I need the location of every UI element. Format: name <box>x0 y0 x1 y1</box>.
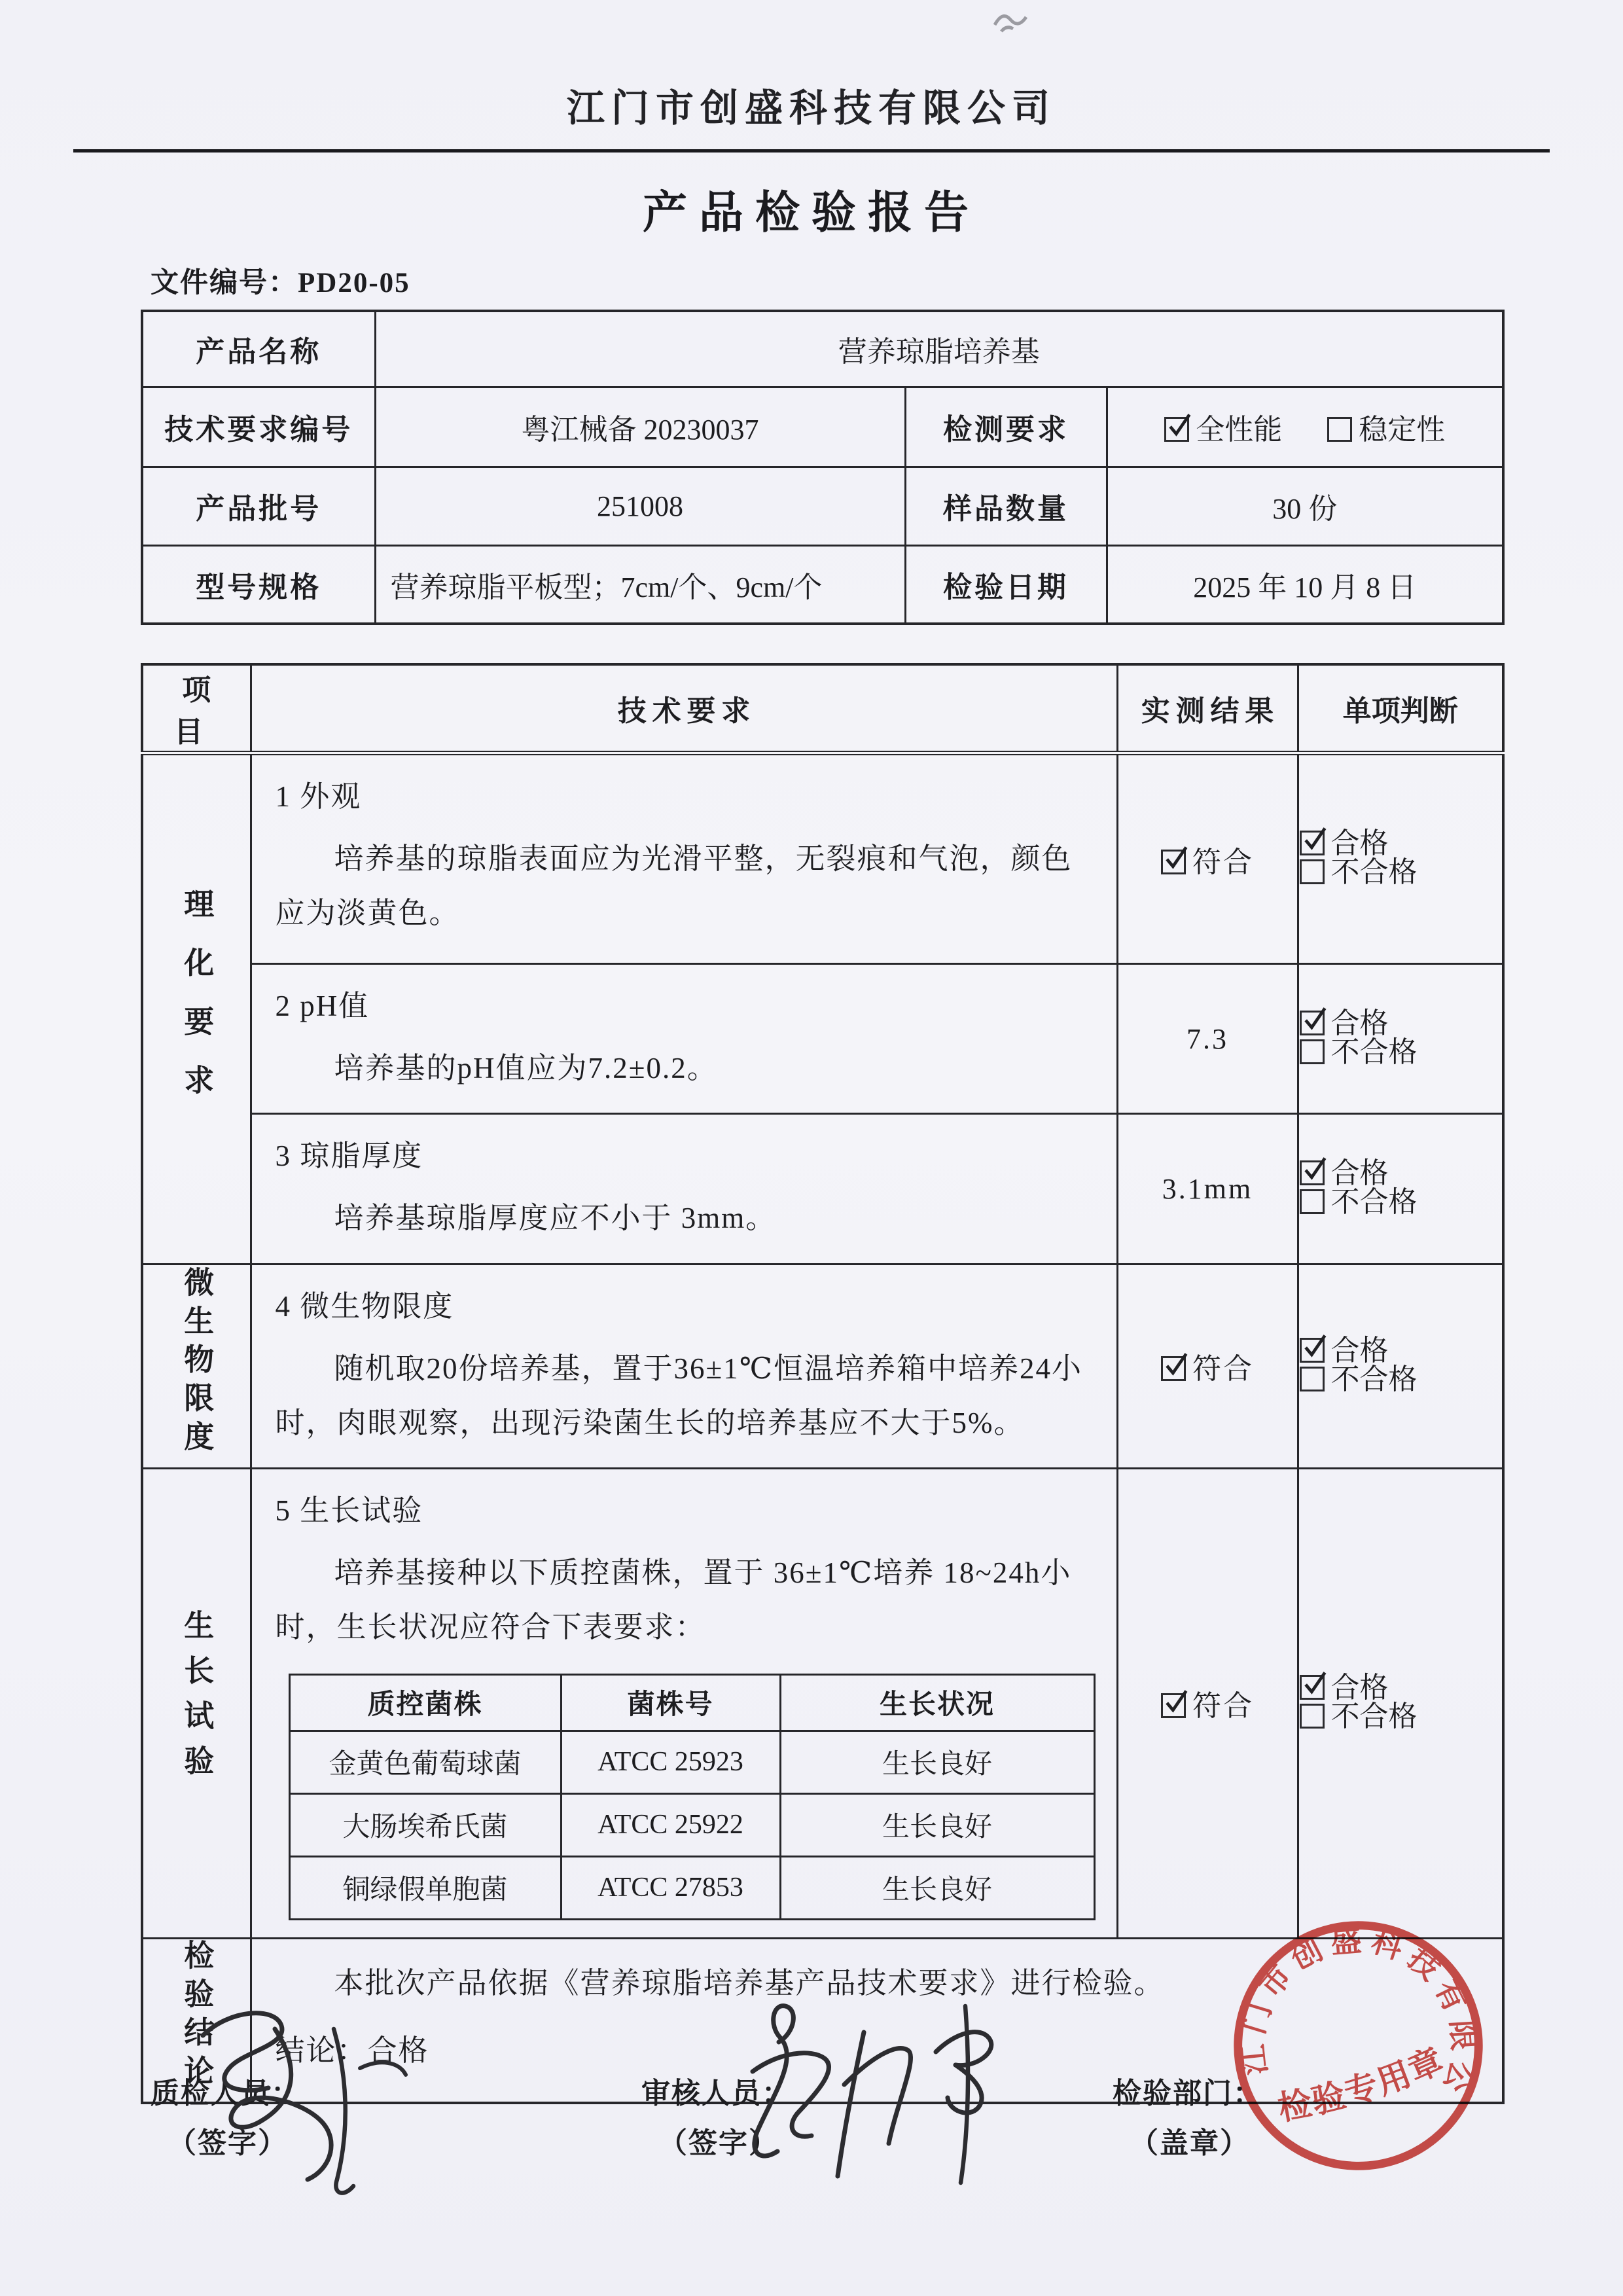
judge-fail-label: 不合格 <box>1331 1363 1418 1395</box>
result-label: 符合 <box>1192 1353 1254 1385</box>
judgement-microbial: 合格 不合格 <box>1298 1264 1503 1469</box>
table-header-row: 质控菌株 菌株号 生长状况 <box>289 1674 1094 1731</box>
checked-checkbox-icon <box>1300 1675 1325 1700</box>
judge-pass-label: 合格 <box>1331 1672 1389 1704</box>
group-physchem: 理化要求 <box>142 753 251 1265</box>
option-label: 稳定性 <box>1359 414 1445 446</box>
judge-fail-label: 不合格 <box>1331 1036 1418 1068</box>
judgement-thickness: 合格 不合格 <box>1298 1114 1503 1264</box>
unchecked-checkbox-icon <box>1300 1367 1325 1391</box>
table-row: 铜绿假单胞菌 ATCC 27853 生长良好 <box>289 1856 1094 1919</box>
strain-number: ATCC 27853 <box>561 1856 780 1919</box>
requirement-body: 培养基的pH值应为7.2±0.2。 <box>276 1041 1093 1096</box>
table-row: 金黄色葡萄球菌 ATCC 25923 生长良好 <box>289 1731 1094 1793</box>
checked-checkbox-icon <box>1300 1338 1325 1363</box>
result-growth: 符合 <box>1117 1469 1298 1939</box>
result-label: 符合 <box>1192 1690 1254 1722</box>
growth-status: 生长良好 <box>780 1793 1094 1856</box>
result-appearance: 符合 <box>1117 753 1298 964</box>
sample-qty-label: 样品数量 <box>905 467 1107 545</box>
requirement-title: 2 pH值 <box>276 982 1093 1024</box>
table-row-microbial: 微生物限度 4 微生物限度 随机取20份培养基，置于36±1℃恒温培养箱中培养2… <box>142 1264 1503 1469</box>
test-req-options: 全性能 稳定性 <box>1107 387 1503 467</box>
strain-number: ATCC 25922 <box>561 1793 780 1856</box>
date-value: 2025 年 10 月 8 日 <box>1107 545 1503 624</box>
product-name-value: 营养琼脂培养基 <box>375 311 1503 387</box>
inspection-table: 项目 技术要求 实测结果 单项判断 理化要求 1 外观 培养基的琼脂表面应为光滑… <box>141 663 1505 2104</box>
unchecked-checkbox-icon <box>1300 1704 1325 1729</box>
group-label: 生长试验 <box>181 1609 211 1790</box>
checked-checkbox-icon <box>1300 1160 1325 1185</box>
group-growth: 生长试验 <box>142 1469 251 1939</box>
strain-no-col-header: 菌株号 <box>561 1674 780 1731</box>
reviewer-sign-hint: （签字） <box>658 2119 779 2161</box>
requirement-body: 培养基的琼脂表面应为光滑平整，无裂痕和气泡，颜色应为淡黄色。 <box>276 832 1093 941</box>
table-row: 产品名称 营养琼脂培养基 <box>142 311 1503 387</box>
requirement-body: 培养基接种以下质控菌株，置于 36±1℃培养 18~24h小时，生长状况应符合下… <box>276 1546 1093 1655</box>
tech-req-no-value: 粤江械备 20230037 <box>375 387 905 467</box>
table-row-appearance: 理化要求 1 外观 培养基的琼脂表面应为光滑平整，无裂痕和气泡，颜色应为淡黄色。… <box>142 753 1503 964</box>
table-row: 大肠埃希氏菌 ATCC 25922 生长良好 <box>289 1793 1094 1856</box>
report-page: 江门市创盛科技有限公司 产品检验报告 文件编号：PD20-05 产品名称 营养琼… <box>0 0 1623 2296</box>
option-stability: 稳定性 <box>1327 414 1445 446</box>
requirement-title: 1 外观 <box>276 772 1093 815</box>
judge-fail-label: 不合格 <box>1331 1186 1418 1218</box>
growth-status: 生长良好 <box>780 1731 1094 1793</box>
judge-pass-label: 合格 <box>1331 1157 1389 1189</box>
product-info-table: 产品名称 营养琼脂培养基 技术要求编号 粤江械备 20230037 检测要求 全… <box>141 310 1505 625</box>
checked-checkbox-icon <box>1161 850 1186 874</box>
date-label: 检验日期 <box>905 545 1107 624</box>
sample-qty-value: 30 份 <box>1107 467 1503 545</box>
checked-checkbox-icon <box>1161 1356 1186 1381</box>
requirement-ph: 2 pH值 培养基的pH值应为7.2±0.2。 <box>251 964 1117 1114</box>
checked-checkbox-icon <box>1161 1693 1186 1718</box>
checked-checkbox-icon <box>1164 417 1189 442</box>
requirement-body: 随机取20份培养基，置于36±1℃恒温培养箱中培养24小时，肉眼观察，出现污染菌… <box>276 1342 1093 1451</box>
growth-status: 生长良好 <box>780 1856 1094 1919</box>
strain-number: ATCC 25923 <box>561 1731 780 1793</box>
option-label: 全性能 <box>1196 414 1282 446</box>
unchecked-checkbox-icon <box>1300 1189 1325 1214</box>
group-micro: 微生物限度 <box>142 1264 251 1469</box>
table-header-row: 项目 技术要求 实测结果 单项判断 <box>142 664 1503 753</box>
group-label: 理化要求 <box>181 888 211 1123</box>
header-divider <box>73 149 1550 152</box>
batch-value: 251008 <box>375 467 905 545</box>
company-name: 江门市创盛科技有限公司 <box>73 77 1550 132</box>
unchecked-checkbox-icon <box>1300 1039 1325 1064</box>
judge-pass-label: 合格 <box>1331 827 1389 859</box>
svg-text:检验专用章: 检验专用章 <box>1274 2036 1452 2134</box>
requirement-title: 4 微生物限度 <box>276 1282 1093 1325</box>
col-header-judgement: 单项判断 <box>1298 664 1503 753</box>
qc-person-label: 质检人员： <box>151 2070 301 2111</box>
strain-name: 大肠埃希氏菌 <box>289 1793 561 1856</box>
tech-req-no-label: 技术要求编号 <box>142 387 375 467</box>
model-value: 营养琼脂平板型；7cm/个、9cm/个 <box>375 545 905 624</box>
company-inspection-stamp: 江门市创盛科技有限公司 检验专用章 <box>1218 1905 1499 2186</box>
col-header-item: 项目 <box>142 664 251 753</box>
strain-name: 金黄色葡萄球菌 <box>289 1731 561 1793</box>
group-label: 微生物限度 <box>181 1266 211 1459</box>
col-header-requirement: 技术要求 <box>251 664 1117 753</box>
judge-pass-label: 合格 <box>1331 1007 1389 1039</box>
judgement-growth: 合格 不合格 <box>1298 1469 1503 1939</box>
strain-col-header: 质控菌株 <box>289 1674 561 1731</box>
requirement-thickness: 3 琼脂厚度 培养基琼脂厚度应不小于 3mm。 <box>251 1114 1117 1264</box>
table-row: 型号规格 营养琼脂平板型；7cm/个、9cm/个 检验日期 2025 年 10 … <box>142 545 1503 624</box>
strain-name: 铜绿假单胞菌 <box>289 1856 561 1919</box>
judge-fail-label: 不合格 <box>1331 856 1418 888</box>
requirement-appearance: 1 外观 培养基的琼脂表面应为光滑平整，无裂痕和气泡，颜色应为淡黄色。 <box>251 753 1117 964</box>
checked-checkbox-icon <box>1300 831 1325 855</box>
doc-number: 文件编号：PD20-05 <box>151 260 1550 300</box>
requirement-growth: 5 生长试验 培养基接种以下质控菌株，置于 36±1℃培养 18~24h小时，生… <box>251 1469 1117 1939</box>
table-row-ph: 2 pH值 培养基的pH值应为7.2±0.2。 7.3 合格 不合格 <box>142 964 1503 1114</box>
col-header-result: 实测结果 <box>1117 664 1298 753</box>
result-ph: 7.3 <box>1117 964 1298 1114</box>
result-label: 符合 <box>1192 846 1254 878</box>
table-row-thickness: 3 琼脂厚度 培养基琼脂厚度应不小于 3mm。 3.1mm 合格 不合格 <box>142 1114 1503 1264</box>
growth-strain-table: 质控菌株 菌株号 生长状况 金黄色葡萄球菌 ATCC 25923 生长良好 大肠… <box>289 1674 1096 1920</box>
requirement-microbial: 4 微生物限度 随机取20份培养基，置于36±1℃恒温培养箱中培养24小时，肉眼… <box>251 1264 1117 1469</box>
judgement-ph: 合格 不合格 <box>1298 964 1503 1114</box>
table-row: 技术要求编号 粤江械备 20230037 检测要求 全性能 稳定性 <box>142 387 1503 467</box>
option-full-performance: 全性能 <box>1164 414 1282 446</box>
table-row-growth: 生长试验 5 生长试验 培养基接种以下质控菌株，置于 36±1℃培养 18~24… <box>142 1469 1503 1939</box>
judge-pass-label: 合格 <box>1331 1335 1389 1367</box>
batch-label: 产品批号 <box>142 467 375 545</box>
growth-status-col-header: 生长状况 <box>780 1674 1094 1731</box>
unchecked-checkbox-icon <box>1300 859 1325 884</box>
product-name-label: 产品名称 <box>142 311 375 387</box>
result-microbial: 符合 <box>1117 1264 1298 1469</box>
table-row: 产品批号 251008 样品数量 30 份 <box>142 467 1503 545</box>
model-label: 型号规格 <box>142 545 375 624</box>
checked-checkbox-icon <box>1300 1011 1325 1035</box>
test-req-label: 检测要求 <box>905 387 1107 467</box>
report-title: 产品检验报告 <box>73 177 1550 241</box>
judgement-appearance: 合格 不合格 <box>1298 753 1503 964</box>
judge-fail-label: 不合格 <box>1331 1700 1418 1732</box>
stamp-seal-type-text: 检验专用章 <box>1274 2036 1452 2134</box>
qc-sign-hint: （签字） <box>168 2119 288 2161</box>
unchecked-checkbox-icon <box>1327 417 1352 442</box>
scan-artifact <box>988 5 1034 38</box>
requirement-body: 培养基琼脂厚度应不小于 3mm。 <box>276 1191 1093 1246</box>
requirement-title: 5 生长试验 <box>276 1486 1093 1529</box>
result-thickness: 3.1mm <box>1117 1114 1298 1264</box>
reviewer-label: 审核人员： <box>641 2070 792 2111</box>
requirement-title: 3 琼脂厚度 <box>276 1132 1093 1174</box>
